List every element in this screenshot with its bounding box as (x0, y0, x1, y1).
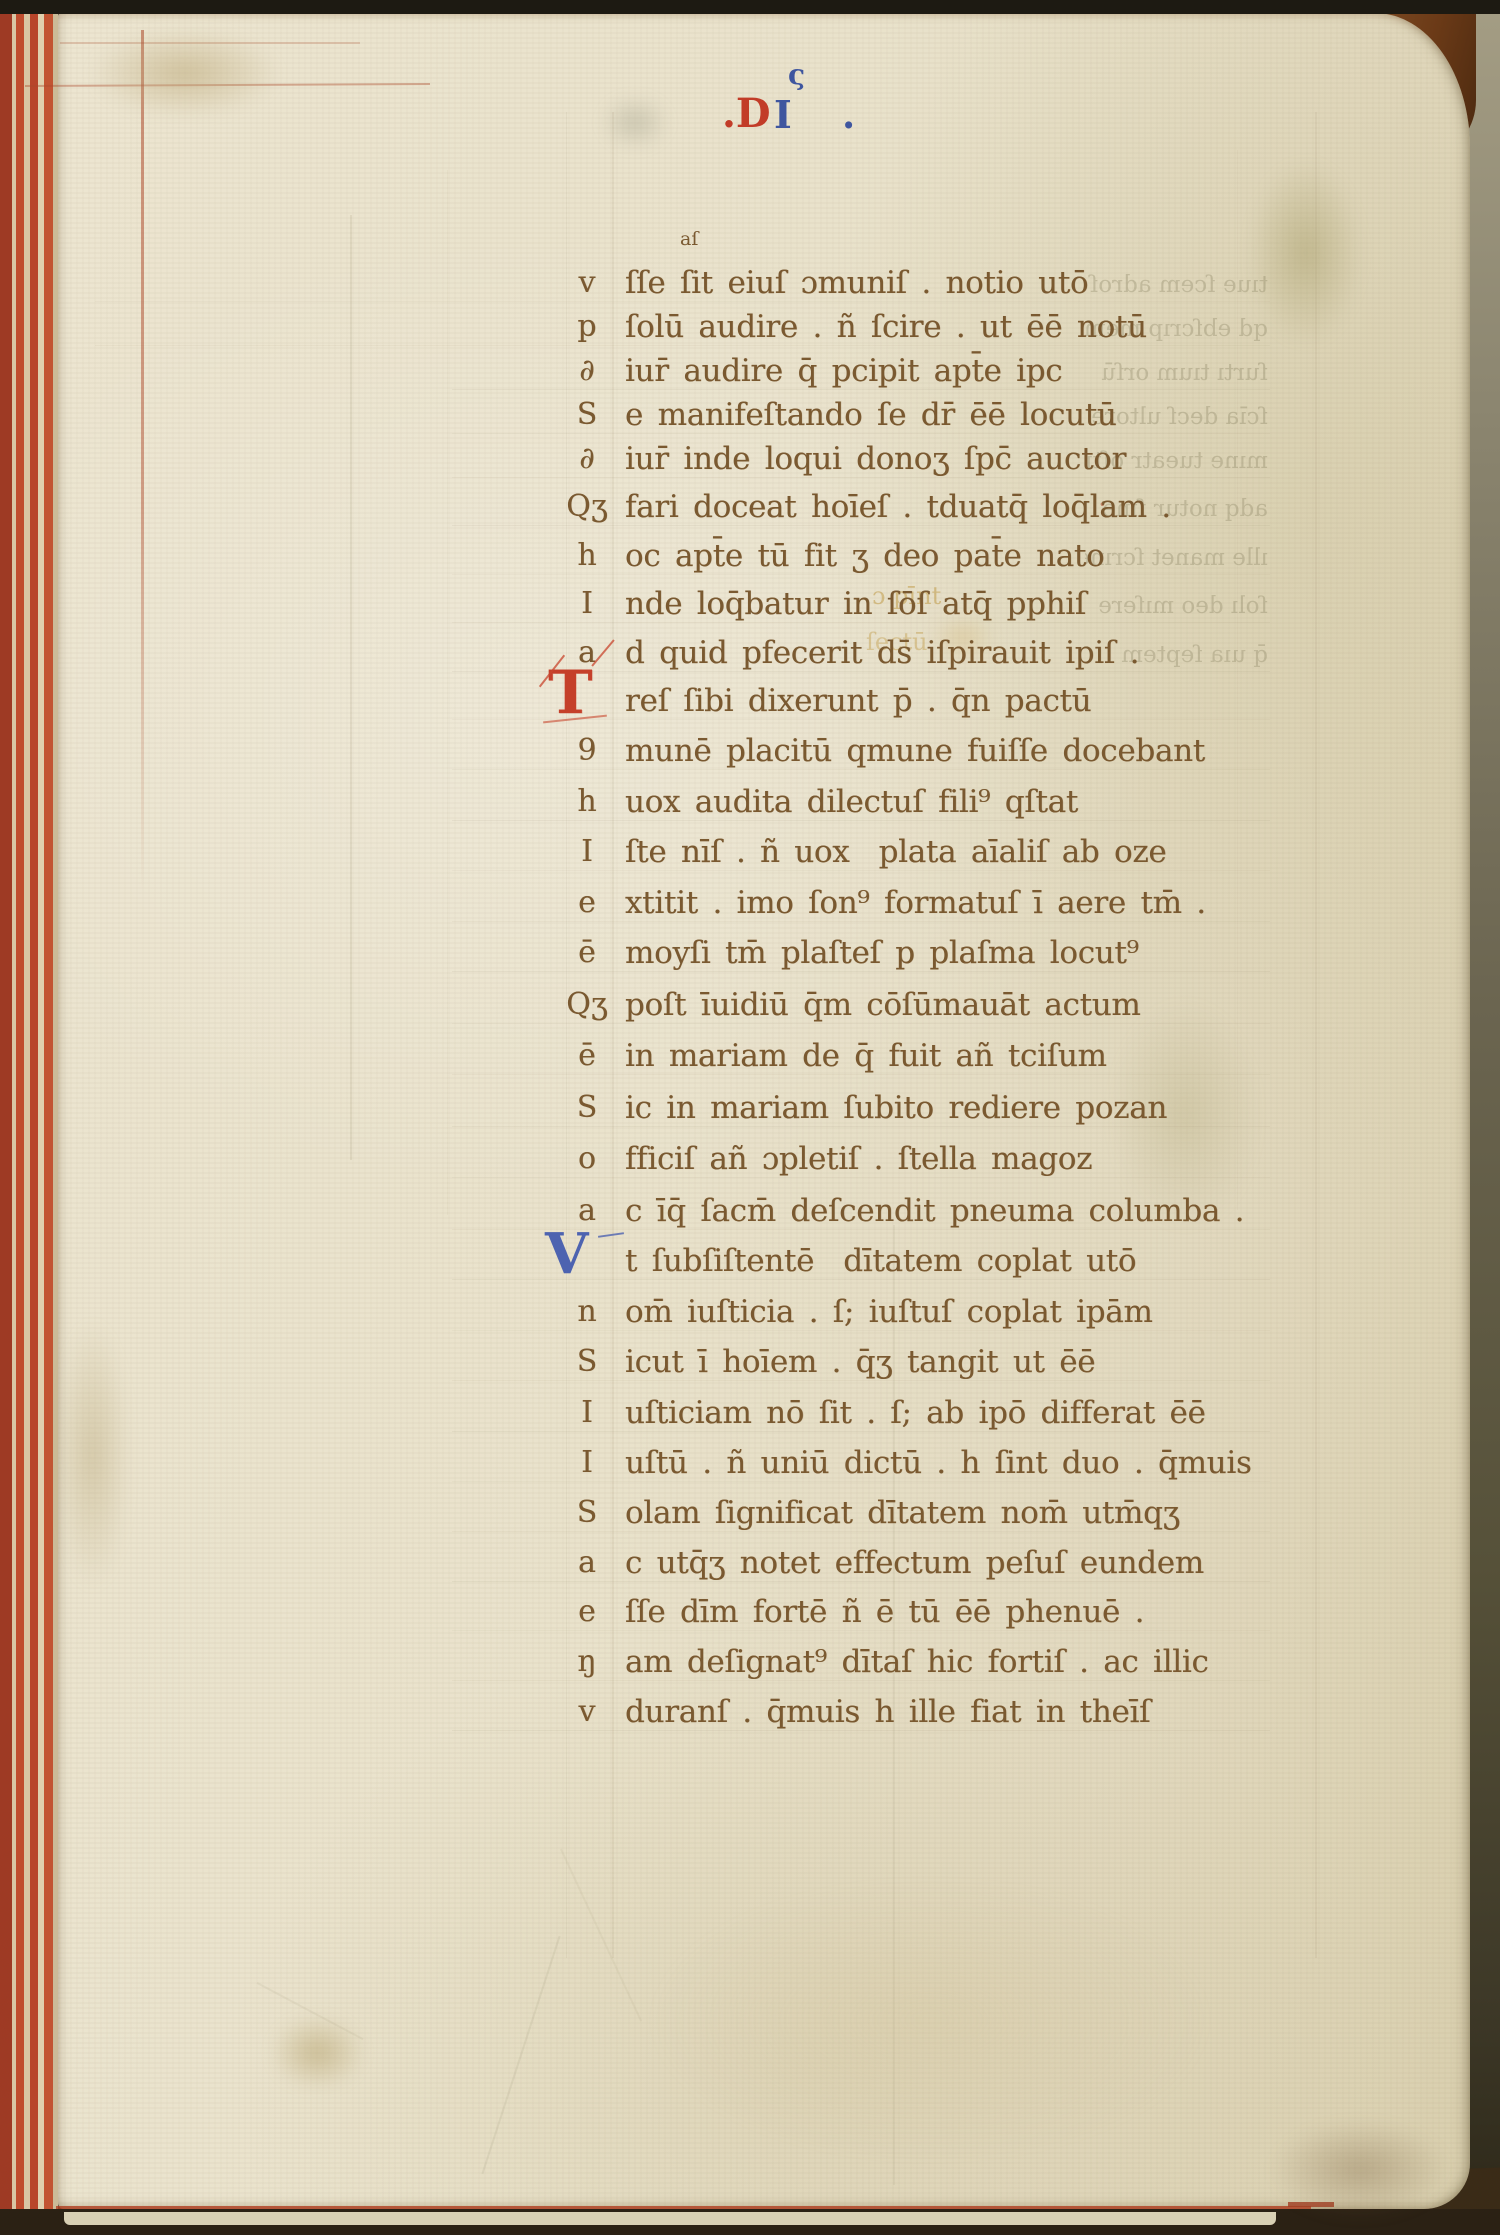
line-text: moyſi tm̄ plaſteſ p plaſma locut⁹ (625, 936, 1139, 970)
parchment-stain (600, 95, 670, 150)
line-initial: S (563, 1091, 611, 1125)
ruling-line (452, 1680, 1270, 1681)
ruling-line (95, 345, 1270, 346)
running-title-red: .D (722, 90, 771, 137)
line-text: fari doceat hoīeſ . tduatq̄ loq̄lam . (625, 490, 1171, 524)
line-initial: S (563, 1345, 611, 1379)
line-initial: h (563, 539, 611, 573)
line-initial: e (563, 1595, 611, 1629)
line-text: d quid pfecerit ds̄ iſpirauit ipiſ . (625, 636, 1139, 670)
ruling-line (452, 574, 1270, 575)
line-text: poſt īuidiū q̄m cōſūmauāt actum (625, 988, 1141, 1022)
line-text: munē placitū qmune fuiſſe docebant (625, 734, 1205, 768)
line-text: ic in mariam ſubito rediere pozan (625, 1091, 1167, 1125)
line-initial: Qʒ (563, 490, 611, 524)
line-initial: ∂ (563, 442, 611, 476)
line-initial: a (563, 1546, 611, 1580)
line-text: iur̄ audire q̄ pcipit apt̄e ipc (625, 354, 1062, 388)
line-text: xtitit . imo ſon⁹ formatuſ ī aere tm̄ . (625, 886, 1206, 920)
line-text: ſte nīſ . ñ uox plata aīaliſ ab oze (625, 835, 1166, 869)
line-text: c īq̄ ſacm̄ deſcendit pneuma columba . (625, 1194, 1244, 1228)
line-text: uox audita dilectuſ fili⁹ qſtat (625, 785, 1078, 819)
ruling-line (452, 389, 1270, 390)
line-initial: S (563, 398, 611, 432)
line-text: duranſ . q̄muis h ille fiat in theīſ (625, 1695, 1150, 1729)
line-text: olam ſignificat dītatem nom̄ utm̄qʒ (625, 1496, 1180, 1530)
ruling-line (452, 433, 1270, 434)
ruling-line (452, 820, 1270, 821)
ruling-line (452, 1581, 1270, 1582)
line-text: c utq̄ʒ notet effectum peſuſ eundem (625, 1546, 1204, 1580)
line-text: ſſe ſit eiuſ ɔmuniſ . notio utō (625, 266, 1088, 300)
show-through-text: ılle manet ſcrıne (1085, 545, 1268, 571)
line-text: e manifeſtando ſe dr̄ ēē locutū (625, 398, 1117, 432)
line-initial: I (563, 1446, 611, 1480)
line-initial: I (563, 1396, 611, 1430)
ruling-line (452, 1177, 1270, 1178)
ruling-line (452, 870, 1270, 871)
show-through-text: ſolı deo mıſere (1085, 593, 1268, 619)
line-text: oc apt̄e tū fit ʒ deo pat̄e nato (625, 539, 1104, 573)
ruling-line (452, 1074, 1270, 1075)
running-title-mark: ς (788, 58, 805, 91)
running-title-blue: I (774, 92, 792, 137)
ruling-line (452, 971, 1270, 972)
ruling-line (452, 1126, 1270, 1127)
ruling-line (452, 477, 1270, 478)
ruling-line (452, 1431, 1270, 1432)
line-text: t ſubſiſtentē dītatem coplat utō (625, 1244, 1136, 1278)
line-initial: Qʒ (563, 988, 611, 1022)
line-initial: ē (563, 1039, 611, 1073)
ruling-line (452, 769, 1270, 770)
ruling-line (452, 1481, 1270, 1482)
ruling-line (452, 1630, 1270, 1631)
line-text: ſſe dīm fortē ñ ē tū ēē phenuē . (625, 1595, 1144, 1629)
ruling-line (452, 1023, 1270, 1024)
line-text: uſtū . ñ uniū dictū . h ſint duo . q̄mui… (625, 1446, 1252, 1480)
red-initial-T: T (548, 663, 593, 723)
blue-initial-V: V (545, 1226, 588, 1282)
line-text: uſticiam nō ſit . ſ; ab ipō differat ēē (625, 1396, 1206, 1430)
line-initial: v (563, 1695, 611, 1729)
interlinear-gloss: aſ (680, 228, 698, 250)
line-text: ſolū audire . ñ ſcire . ut ēē notū (625, 310, 1147, 344)
manuscript-photo: ς .D I . tıue ſcem adroſqd ebſcrıp memor… (0, 0, 1500, 2235)
parchment-stain (1270, 2120, 1450, 2220)
ruling-line (452, 525, 1270, 526)
show-through-text: ſurtı tıum orſū (1085, 360, 1268, 386)
line-initial: v (563, 266, 611, 300)
parchment-stain (270, 2015, 365, 2090)
ruling-line (452, 1380, 1270, 1381)
line-text: nde loq̄batur in ſōſ atq̄ pphiſ (625, 587, 1086, 621)
top-shadow-strip (0, 0, 1500, 14)
parchment-stain (650, 1880, 1210, 2160)
ruling-line (95, 301, 1270, 302)
line-initial: o (563, 1142, 611, 1176)
line-initial: p (563, 310, 611, 344)
red-offset-line (141, 30, 144, 890)
line-initial: ē (563, 936, 611, 970)
line-initial: ŋ (563, 1645, 611, 1679)
lower-leaf-edge (64, 2212, 1276, 2225)
crease-vertical (350, 215, 352, 1160)
ruling-line (452, 1730, 1270, 1731)
ruling-vertical (1315, 112, 1317, 1958)
ruling-vertical (447, 170, 448, 1215)
line-text: am deſignat⁹ dītaſ hic fortiſ . ac illic (625, 1645, 1209, 1679)
ruling-line (452, 622, 1270, 623)
parchment-stain (55, 1320, 130, 1590)
show-through-text: tıue ſcem adroſ (1085, 272, 1268, 298)
ruling-line (452, 1531, 1270, 1532)
line-initial: ∂ (563, 354, 611, 388)
ruling-line (452, 921, 1270, 922)
line-initial: 9 (563, 734, 611, 768)
running-title-dot: . (842, 92, 855, 137)
line-text: iur̄ inde loqui donoʒ ſpc̄ auctor (625, 442, 1126, 476)
line-initial: h (563, 785, 611, 819)
line-text: fficiſ añ ɔpletiſ . ſtella magoz (625, 1142, 1092, 1176)
ruling-line (452, 1330, 1270, 1331)
line-initial: e (563, 886, 611, 920)
line-text: icut ī hoīem . q̄ʒ tangit ut ēē (625, 1345, 1095, 1379)
line-text: om̄ iuſticia . ſ; iuſtuſ coplat ipām (625, 1295, 1153, 1329)
parchment-stain (90, 28, 280, 118)
line-initial: S (563, 1496, 611, 1530)
line-text: in mariam de q̄ fuit añ tciſum (625, 1039, 1107, 1073)
line-initial: n (563, 1295, 611, 1329)
painted-fore-edge (0, 12, 58, 2212)
line-initial: I (563, 835, 611, 869)
line-initial: I (563, 587, 611, 621)
line-text: reſ ſibi dixerunt p̄ . q̄n pactū (625, 684, 1091, 718)
